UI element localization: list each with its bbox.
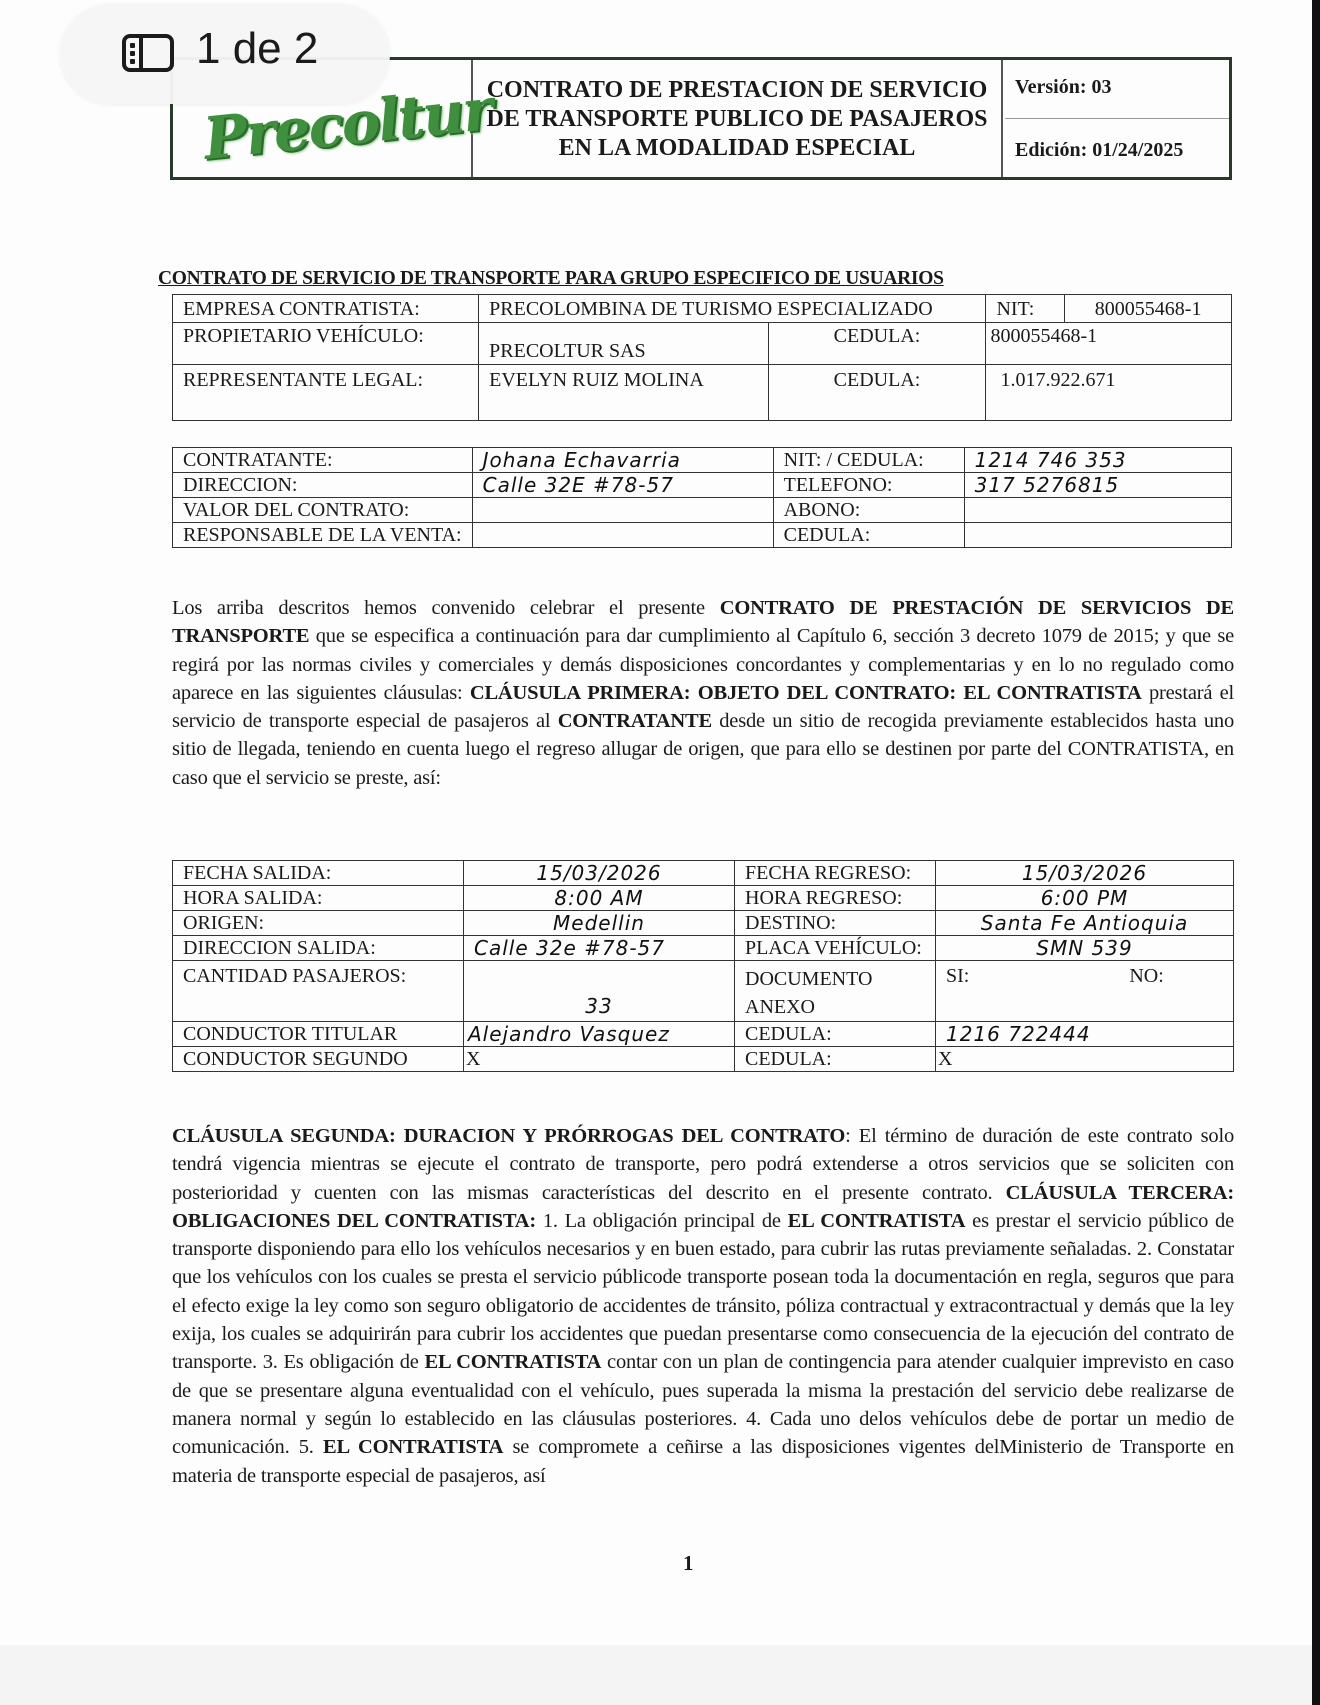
responsable-value[interactable] — [472, 523, 773, 548]
conductor-segundo-value[interactable]: X — [464, 1047, 735, 1072]
intro-text-1: Los arriba descritos hemos convenido cel… — [172, 597, 720, 619]
cedula-label: CEDULA: — [773, 523, 964, 548]
direccion-value[interactable]: Calle 32E #78-57 — [472, 473, 773, 498]
si-option[interactable]: SI: — [946, 965, 969, 987]
fecha-regreso-value[interactable]: 15/03/2026 — [936, 861, 1234, 886]
anexo-label: ANEXO — [745, 993, 925, 1021]
conductor-segundo-label: CONDUCTOR SEGUNDO — [173, 1047, 464, 1072]
pasajeros-value[interactable]: 33 — [464, 961, 735, 1022]
page-bottom-margin — [0, 1645, 1312, 1705]
valor-value[interactable] — [472, 498, 773, 523]
title-line-3: EN LA MODALIDAD ESPECIAL — [473, 134, 1001, 163]
title-line-2: DE TRANSPORTE PUBLICO DE PASAJEROS — [473, 105, 1001, 134]
edition-label: Edición: 01/24/2025 — [1015, 139, 1183, 162]
responsable-cedula[interactable] — [964, 523, 1231, 548]
nit-cedula-value[interactable]: 1214 746 353 — [964, 448, 1231, 473]
cedula-label: CEDULA: — [735, 1022, 936, 1047]
propietario-label: PROPIETARIO VEHÍCULO: — [173, 323, 479, 365]
clause-2-heading: CLÁUSULA SEGUNDA: DURACION Y PRÓRROGAS D… — [172, 1125, 845, 1147]
intro-paragraph: Los arriba descritos hemos convenido cel… — [172, 594, 1234, 792]
clause-3-text-1: 1. La obligación principal de — [536, 1210, 788, 1232]
responsable-label: RESPONSABLE DE LA VENTA: — [173, 523, 473, 548]
direccion-salida-label: DIRECCION SALIDA: — [173, 936, 464, 961]
nit-value: 800055468-1 — [1065, 295, 1232, 323]
hora-salida-value[interactable]: 8:00 AM — [464, 886, 735, 911]
direccion-salida-value[interactable]: Calle 32e #78-57 — [464, 936, 735, 961]
destino-label: DESTINO: — [735, 911, 936, 936]
valor-label: VALOR DEL CONTRATO: — [173, 498, 473, 523]
viewer-edge — [1312, 0, 1320, 1705]
fecha-salida-label: FECHA SALIDA: — [173, 861, 464, 886]
telefono-value[interactable]: 317 5276815 — [964, 473, 1231, 498]
telefono-label: TELEFONO: — [773, 473, 964, 498]
divider — [1005, 118, 1229, 119]
clauses-paragraph: CLÁUSULA SEGUNDA: DURACION Y PRÓRROGAS D… — [172, 1122, 1234, 1490]
conductor-titular-value[interactable]: Alejandro Vasquez — [464, 1022, 735, 1047]
page-indicator[interactable]: 1 de 2 — [60, 4, 390, 104]
cedula-label: CEDULA: — [735, 1047, 936, 1072]
representante-value: EVELYN RUIZ MOLINA — [479, 365, 768, 421]
document-title: CONTRATO DE PRESTACION DE SERVICIO DE TR… — [473, 60, 1003, 177]
abono-value[interactable] — [964, 498, 1231, 523]
clause-3-text-2: es prestar el servicio público de transp… — [172, 1210, 1234, 1373]
page-thumbnails-icon[interactable] — [122, 34, 174, 72]
documento-anexo-value: SI: NO: — [936, 961, 1234, 1022]
pasajeros-label: CANTIDAD PASAJEROS: — [173, 961, 464, 1022]
clause-1-heading: CLÁUSULA PRIMERA: OBJETO DEL CONTRATO: E… — [470, 682, 1142, 704]
fecha-salida-value[interactable]: 15/03/2026 — [464, 861, 735, 886]
nit-label: NIT: — [986, 295, 1065, 323]
origen-label: ORIGEN: — [173, 911, 464, 936]
contratista-bold-2: EL CONTRATISTA — [425, 1351, 602, 1373]
conductor-segundo-cedula[interactable]: X — [936, 1047, 1234, 1072]
nit-cedula-label: NIT: / CEDULA: — [773, 448, 964, 473]
representante-cedula: 1.017.922.671 — [986, 365, 1232, 421]
contratista-bold-1: EL CONTRATISTA — [788, 1210, 966, 1232]
hora-regreso-label: HORA REGRESO: — [735, 886, 936, 911]
conductor-titular-label: CONDUCTOR TITULAR — [173, 1022, 464, 1047]
documento-anexo-label: DOCUMENTO ANEXO — [735, 961, 936, 1022]
abono-label: ABONO: — [773, 498, 964, 523]
placa-label: PLACA VEHÍCULO: — [735, 936, 936, 961]
propietario-cedula: 800055468-1 — [986, 323, 1232, 365]
cedula-label: CEDULA: — [768, 323, 986, 365]
intro-bold-3: CONTRATANTE — [558, 710, 712, 732]
page-number: 1 — [683, 1551, 694, 1576]
title-line-1: CONTRATO DE PRESTACION DE SERVICIO — [473, 76, 1001, 105]
cedula-label: CEDULA: — [768, 365, 986, 421]
client-table: CONTRATANTE: Johana Echavarria NIT: / CE… — [172, 447, 1232, 548]
no-option[interactable]: NO: — [1129, 965, 1163, 987]
hora-salida-label: HORA SALIDA: — [173, 886, 464, 911]
empresa-label: EMPRESA CONTRATISTA: — [173, 295, 479, 323]
document-meta: Versión: 03 Edición: 01/24/2025 — [1005, 60, 1229, 177]
destino-value[interactable]: Santa Fe Antioquia — [936, 911, 1234, 936]
company-table: EMPRESA CONTRATISTA: PRECOLOMBINA DE TUR… — [172, 294, 1232, 421]
contratista-bold-3: EL CONTRATISTA — [323, 1436, 503, 1458]
page-indicator-text: 1 de 2 — [196, 24, 318, 74]
hora-regreso-value[interactable]: 6:00 PM — [936, 886, 1234, 911]
propietario-value: PRECOLTUR SAS — [479, 323, 768, 365]
empresa-value: PRECOLOMBINA DE TURISMO ESPECIALIZADO — [479, 295, 986, 323]
conductor-titular-cedula[interactable]: 1216 722444 — [936, 1022, 1234, 1047]
placa-value[interactable]: SMN 539 — [936, 936, 1234, 961]
trip-table: FECHA SALIDA: 15/03/2026 FECHA REGRESO: … — [172, 860, 1234, 1072]
contratante-value[interactable]: Johana Echavarria — [472, 448, 773, 473]
version-label: Versión: 03 — [1015, 76, 1111, 99]
direccion-label: DIRECCION: — [173, 473, 473, 498]
contratante-label: CONTRATANTE: — [173, 448, 473, 473]
documento-label: DOCUMENTO — [745, 965, 925, 993]
representante-label: REPRESENTANTE LEGAL: — [173, 365, 479, 421]
origen-value[interactable]: Medellin — [464, 911, 735, 936]
fecha-regreso-label: FECHA REGRESO: — [735, 861, 936, 886]
section-title: CONTRATO DE SERVICIO DE TRANSPORTE PARA … — [158, 268, 944, 290]
